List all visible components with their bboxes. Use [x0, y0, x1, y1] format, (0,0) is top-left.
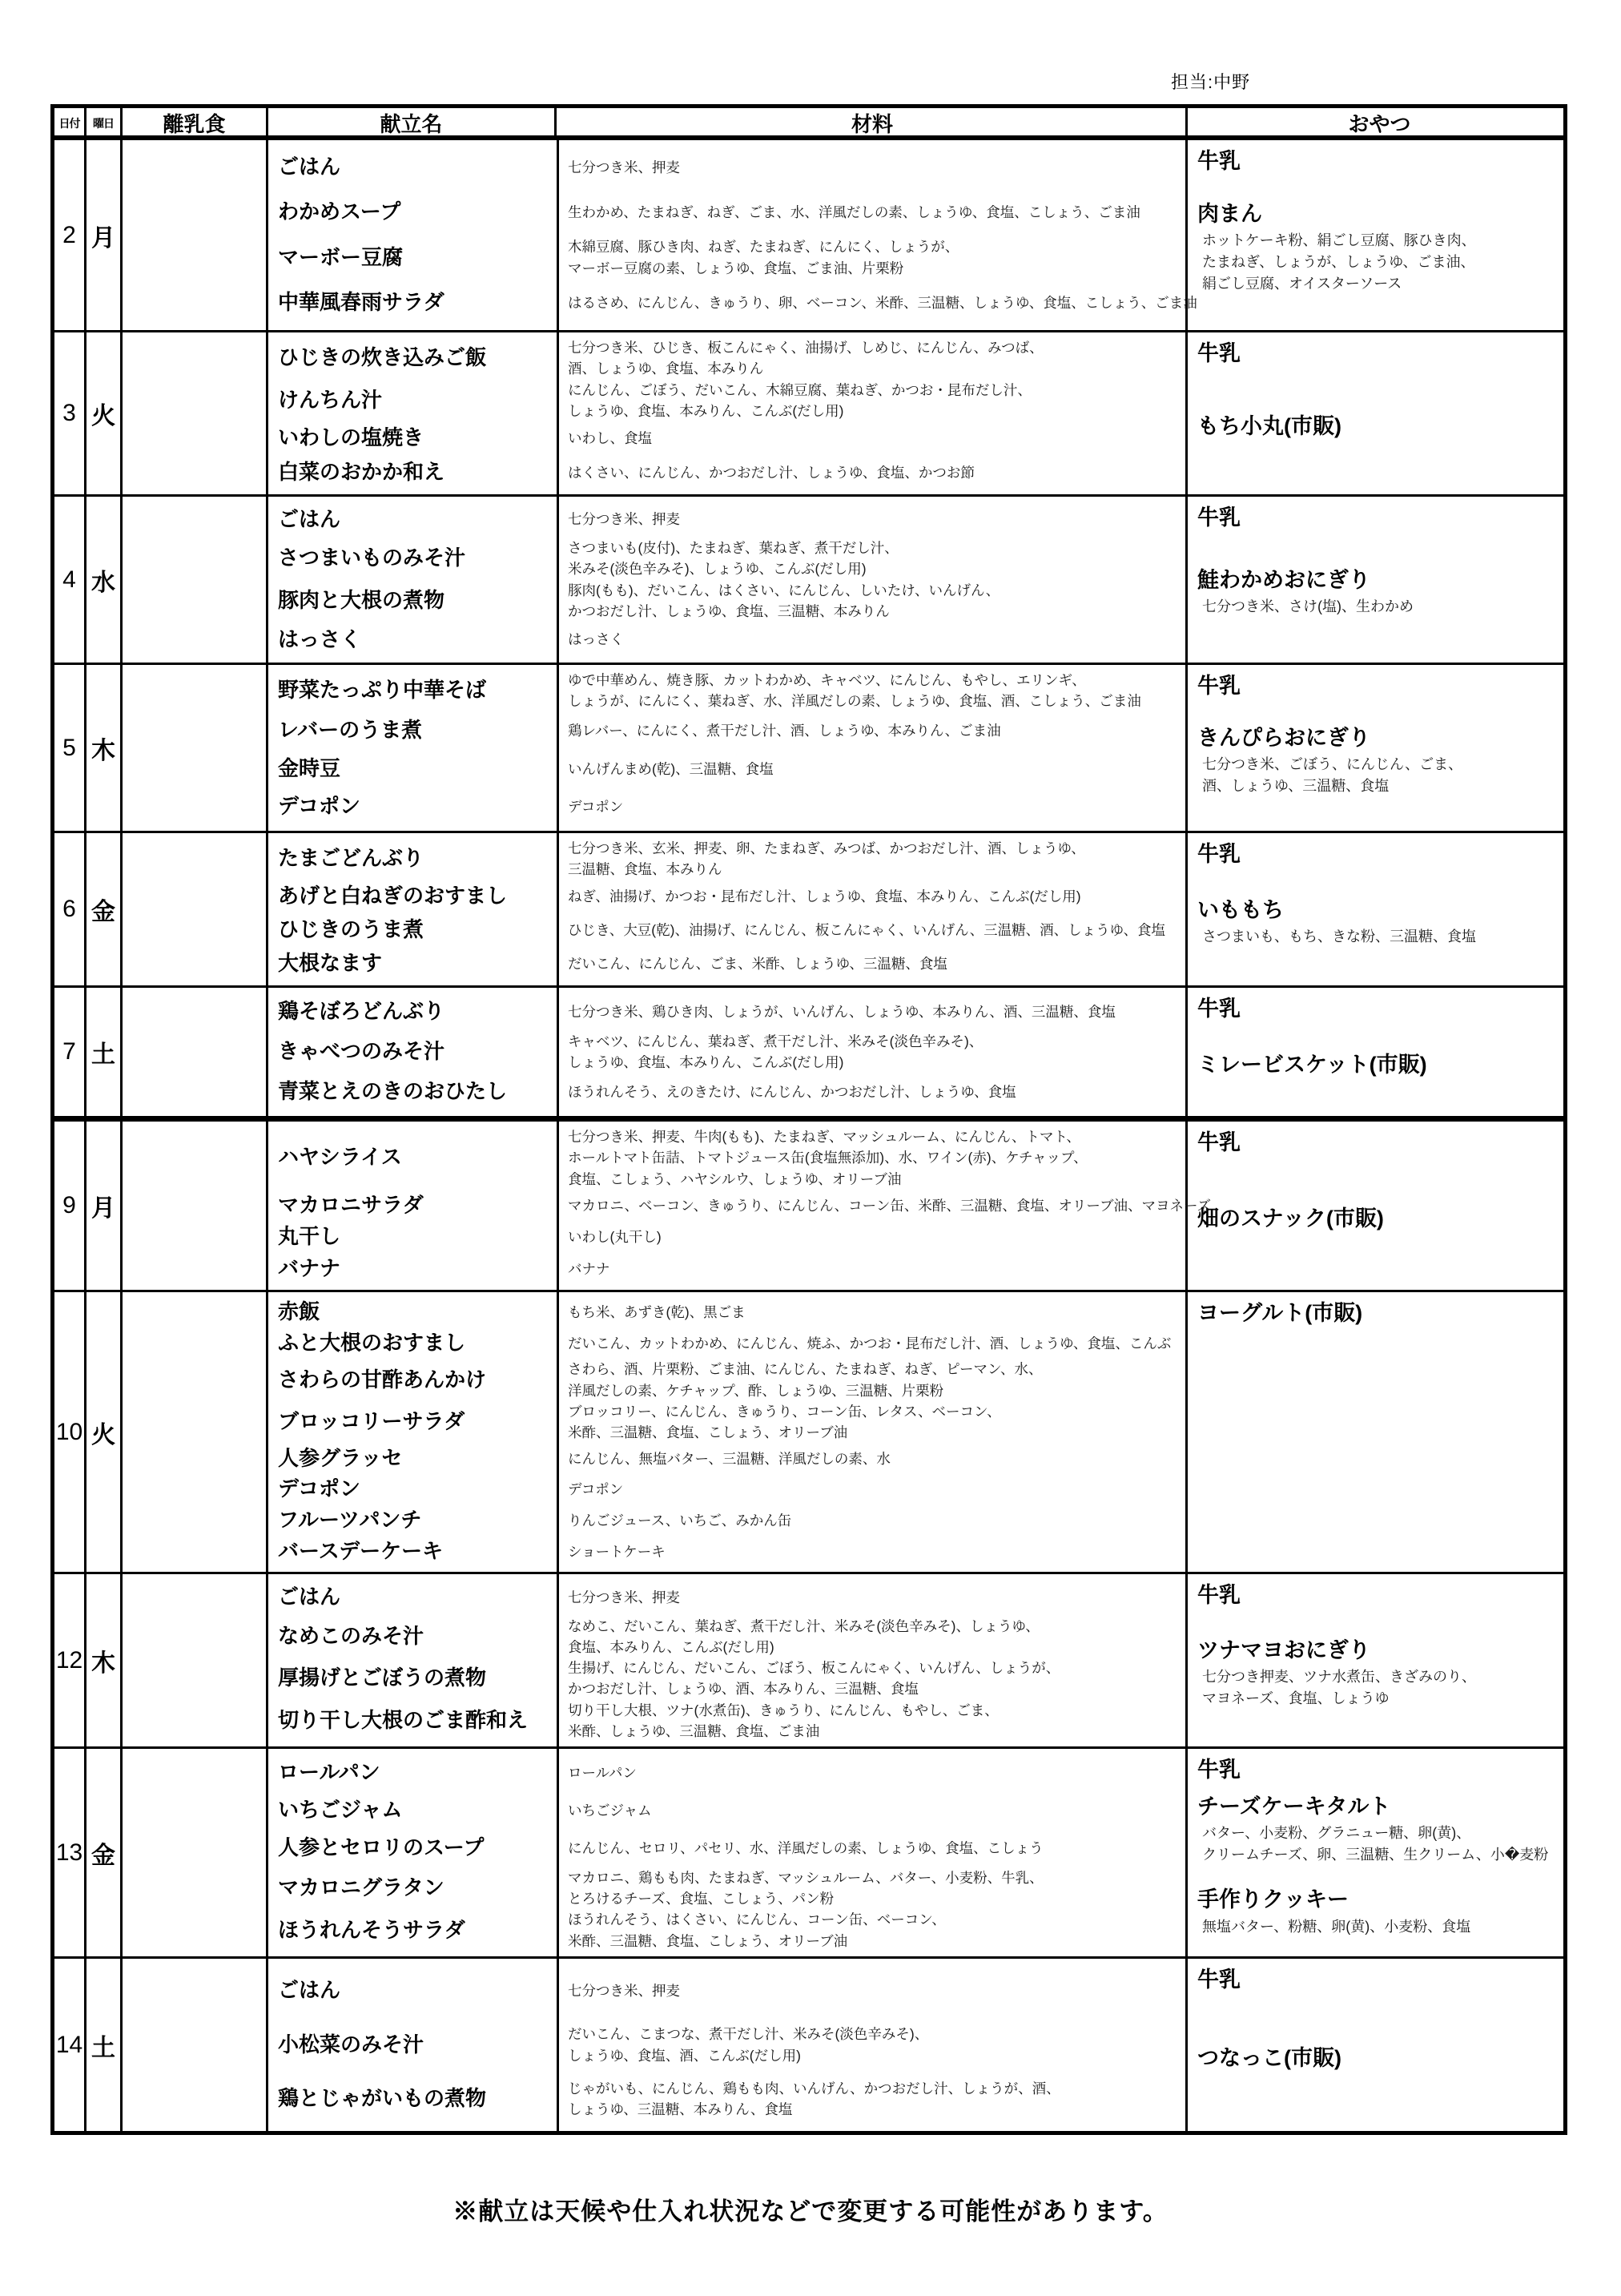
- table-header-row: 日付 曜日 離乳食 献立名 材料 おやつ: [54, 108, 1563, 140]
- snack-name: 牛乳: [1197, 340, 1562, 366]
- snack-group: 牛乳: [1197, 340, 1562, 366]
- ingredient-line: いわし(丸干し): [568, 1227, 1185, 1247]
- footnote: ※献立は天候や仕入れ状況などで変更する可能性があります。: [0, 2191, 1621, 2227]
- menu-ingredients-cell: 野菜たっぷり中華そばゆで中華めん、焼き豚、カットわかめ、キャベツ、にんじん、もや…: [268, 665, 1188, 831]
- snack-group: チーズケーキタルトバター、小麦粉、グラニュー糖、卵(黄)、クリームチーズ、卵、三…: [1197, 1794, 1562, 1866]
- header-menu-ingredients: 献立名 材料: [268, 108, 1188, 138]
- dish-row: ごはん七分つき米、押麦: [268, 501, 1185, 538]
- ingredient-line: 七分つき米、押麦: [568, 509, 1185, 530]
- ingredient-line: にんじん、ごぼう、だいこん、木綿豆腐、葉ねぎ、かつお・昆布だし汁、: [568, 380, 1185, 401]
- menu-sheet: 担当:中野 日付 曜日 離乳食 献立名 材料 おやつ 2月ごはん七分つき米、押麦…: [0, 0, 1621, 2296]
- dish-row: あげと白ねぎのおすましねぎ、油揚げ、かつお・昆布だし汁、しょうゆ、食塩、本みりん…: [268, 880, 1185, 914]
- column-divider: [557, 140, 559, 330]
- dish-row: ひじきのうま煮ひじき、大豆(乾)、油揚げ、にんじん、板こんにゃく、いんげん、三温…: [268, 913, 1185, 947]
- dish-ingredients: 切り干し大根、ツナ(水煮缶)、きゅうり、にんじん、もやし、ごま、米酢、しょうゆ、…: [557, 1700, 1185, 1742]
- snack-ingredient-line: 七分つき米、ごぼう、にんじん、ごま、: [1202, 754, 1562, 775]
- menu-ingredients-cell: ひじきの炊き込みご飯七分つき米、ひじき、板こんにゃく、油揚げ、しめじ、にんじん、…: [268, 332, 1188, 494]
- dish-ingredients: キャベツ、にんじん、葉ねぎ、煮干だし汁、米みそ(淡色辛みそ)、しょうゆ、食塩、本…: [557, 1031, 1185, 1073]
- dish-ingredients: じゃがいも、にんじん、鶏もも肉、いんげん、かつおだし汁、しょうが、酒、しょうゆ、…: [557, 2078, 1185, 2121]
- ingredient-line: さわら、酒、片栗粉、ごま油、にんじん、たまねぎ、ねぎ、ピーマン、水、: [568, 1359, 1185, 1380]
- menu-row: 6金たまごどんぶり七分つき米、玄米、押麦、卵、たまねぎ、みつば、かつおだし汁、酒…: [54, 833, 1563, 988]
- ingredient-line: 七分つき米、押麦: [568, 1980, 1185, 2001]
- column-divider: [557, 1749, 559, 1956]
- snack-ingredients: さつまいも、もち、きな粉、三温糖、食塩: [1197, 926, 1562, 948]
- date-cell: 13: [54, 1749, 86, 1956]
- snack-name: 牛乳: [1197, 996, 1562, 1021]
- dish-name: 大根なます: [268, 952, 557, 976]
- ingredient-line: 七分つき米、押麦、牛肉(もも)、たまねぎ、マッシュルーム、にんじん、トマト、: [568, 1126, 1185, 1147]
- ingredient-line: 切り干し大根、ツナ(水煮缶)、きゅうり、にんじん、もやし、ごま、: [568, 1700, 1185, 1721]
- header-snack: おやつ: [1188, 108, 1571, 138]
- ingredient-line: 食塩、本みりん、こんぶ(だし用): [568, 1637, 1185, 1658]
- snack-name: つなっこ(市販): [1197, 2045, 1562, 2071]
- menu-ingredients-cell: 赤飯もち米、あずき(乾)、黒ごまふと大根のおすましだいこん、カットわかめ、にんじ…: [268, 1292, 1188, 1572]
- ingredient-line: ひじき、大豆(乾)、油揚げ、にんじん、板こんにゃく、いんげん、三温糖、酒、しょう…: [568, 920, 1185, 941]
- dish-row: ハヤシライス七分つき米、押麦、牛肉(もも)、たまねぎ、マッシュルーム、にんじん、…: [268, 1126, 1185, 1190]
- dish-ingredients: ほうれんそう、えのきたけ、にんじん、かつおだし汁、しょうゆ、食塩: [557, 1082, 1185, 1102]
- ingredient-line: 七分つき米、玄米、押麦、卵、たまねぎ、みつば、かつおだし汁、酒、しょうゆ、: [568, 838, 1185, 859]
- ingredient-line: デコポン: [568, 796, 1185, 817]
- ingredient-line: デコポン: [568, 1479, 1185, 1500]
- ingredient-line: しょうが、にんにく、葉ねぎ、水、洋風だしの素、しょうゆ、食塩、酒、こしょう、ごま…: [568, 691, 1185, 711]
- dish-name: なめこのみそ汁: [268, 1625, 557, 1649]
- day-cell: 金: [86, 1749, 123, 1956]
- baby-food-cell: [123, 1574, 268, 1746]
- day-cell: 月: [86, 140, 123, 330]
- snack-cell: 牛乳チーズケーキタルトバター、小麦粉、グラニュー糖、卵(黄)、クリームチーズ、卵…: [1188, 1749, 1571, 1956]
- ingredient-line: しょうゆ、三温糖、本みりん、食塩: [568, 2099, 1185, 2120]
- ingredient-line: ブロッコリー、にんじん、きゅうり、コーン缶、レタス、ベーコン、: [568, 1401, 1185, 1422]
- dish-row: 白菜のおかか和えはくさい、にんじん、かつおだし汁、しょうゆ、食塩、かつお節: [268, 456, 1185, 490]
- dish-name: ひじきのうま煮: [268, 918, 557, 942]
- dish-ingredients: ロールパン: [557, 1762, 1185, 1783]
- dish-name: レバーのうま煮: [268, 719, 557, 743]
- menu-row: 12木ごはん七分つき米、押麦なめこのみそ汁なめこ、だいこん、葉ねぎ、煮干だし汁、…: [54, 1574, 1563, 1749]
- dish-row: 豚肉と大根の煮物豚肉(もも)、だいこん、はくさい、にんじん、しいたけ、いんげん、…: [268, 580, 1185, 622]
- dish-ingredients: 七分つき米、押麦: [557, 157, 1185, 178]
- dish-ingredients: 木綿豆腐、豚ひき肉、ねぎ、たまねぎ、にんにく、しょうが、マーボー豆腐の素、しょう…: [557, 236, 1185, 279]
- baby-food-cell: [123, 665, 268, 831]
- snack-ingredient-line: 酒、しょうゆ、三温糖、食塩: [1202, 775, 1562, 797]
- snack-group: つなっこ(市販): [1197, 2045, 1562, 2071]
- ingredient-line: 豚肉(もも)、だいこん、はくさい、にんじん、しいたけ、いんげん、: [568, 580, 1185, 601]
- ingredient-line: 七分つき米、押麦: [568, 157, 1185, 178]
- dish-ingredients: にんじん、無塩バター、三温糖、洋風だしの素、水: [557, 1448, 1185, 1469]
- snack-group: きんぴらおにぎり七分つき米、ごぼう、にんじん、ごま、酒、しょうゆ、三温糖、食塩: [1197, 725, 1562, 797]
- dish-ingredients: はるさめ、にんじん、きゅうり、卵、ベーコン、米酢、三温糖、しょうゆ、食塩、こしょ…: [557, 292, 1197, 313]
- snack-ingredients: ホットケーキ粉、絹ごし豆腐、豚ひき肉、たまねぎ、しょうが、しょうゆ、ごま油、絹ご…: [1197, 230, 1562, 295]
- snack-name: 畑のスナック(市販): [1197, 1206, 1562, 1231]
- date-cell: 3: [54, 332, 86, 494]
- dish-row: いちごジャムいちごジャム: [268, 1791, 1185, 1829]
- snack-group: 畑のスナック(市販): [1197, 1206, 1562, 1231]
- dish-ingredients: 生わかめ、たまねぎ、ねぎ、ごま、水、洋風だしの素、しょうゆ、食塩、こしょう、ごま…: [557, 202, 1185, 223]
- menu-row: 3火ひじきの炊き込みご飯七分つき米、ひじき、板こんにゃく、油揚げ、しめじ、にんじ…: [54, 332, 1563, 497]
- dish-row: ブロッコリーサラダブロッコリー、にんじん、きゅうり、コーン缶、レタス、ベーコン、…: [268, 1401, 1185, 1444]
- snack-name: 牛乳: [1197, 673, 1562, 699]
- snack-ingredients: 七分つき押麦、ツナ水煮缶、きざみのり、マヨネーズ、食塩、しょうゆ: [1197, 1666, 1562, 1710]
- baby-food-cell: [123, 988, 268, 1116]
- dish-name: いわしの塩焼き: [268, 426, 557, 450]
- dish-name: ごはん: [268, 1979, 557, 2003]
- ingredient-line: 生揚げ、にんじん、だいこん、ごぼう、板こんにゃく、いんげん、しょうが、: [568, 1658, 1185, 1678]
- dish-ingredients: ひじき、大豆(乾)、油揚げ、にんじん、板こんにゃく、いんげん、三温糖、酒、しょう…: [557, 920, 1185, 941]
- dish-row: なめこのみそ汁なめこ、だいこん、葉ねぎ、煮干だし汁、米みそ(淡色辛みそ)、しょう…: [268, 1616, 1185, 1658]
- snack-name: ヨーグルト(市販): [1197, 1300, 1562, 1326]
- ingredient-line: はくさい、にんじん、かつおだし汁、しょうゆ、食塩、かつお節: [568, 462, 1185, 483]
- dish-ingredients: デコポン: [557, 796, 1185, 817]
- ingredient-line: 洋風だしの素、ケチャップ、酢、しょうゆ、三温糖、片栗粉: [568, 1380, 1185, 1401]
- ingredient-line: もち米、あずき(乾)、黒ごま: [568, 1302, 1185, 1323]
- dish-row: さわらの甘酢あんかけさわら、酒、片栗粉、ごま油、にんじん、たまねぎ、ねぎ、ピーマ…: [268, 1359, 1185, 1401]
- dish-ingredients: ブロッコリー、にんじん、きゅうり、コーン缶、レタス、ベーコン、米酢、三温糖、食塩…: [557, 1401, 1185, 1444]
- ingredient-line: ほうれんそう、えのきたけ、にんじん、かつおだし汁、しょうゆ、食塩: [568, 1082, 1185, 1102]
- snack-name: 肉まん: [1197, 201, 1562, 227]
- snack-name: チーズケーキタルト: [1197, 1794, 1562, 1819]
- menu-ingredients-cell: ごはん七分つき米、押麦なめこのみそ汁なめこ、だいこん、葉ねぎ、煮干だし汁、米みそ…: [268, 1574, 1188, 1746]
- dish-row: わかめスープ生わかめ、たまねぎ、ねぎ、ごま、水、洋風だしの素、しょうゆ、食塩、こ…: [268, 190, 1185, 235]
- snack-cell: 牛乳つなっこ(市販): [1188, 1959, 1571, 2131]
- dish-name: 白菜のおかか和え: [268, 461, 557, 485]
- baby-food-cell: [123, 1749, 268, 1956]
- menu-ingredients-cell: 鶏そぼろどんぶり七分つき米、鶏ひき肉、しょうが、いんげん、しょうゆ、本みりん、酒…: [268, 988, 1188, 1116]
- snack-cell: 牛乳きんぴらおにぎり七分つき米、ごぼう、にんじん、ごま、酒、しょうゆ、三温糖、食…: [1188, 665, 1571, 831]
- snack-cell: 牛乳肉まんホットケーキ粉、絹ごし豆腐、豚ひき肉、たまねぎ、しょうが、しょうゆ、ご…: [1188, 140, 1571, 330]
- dish-ingredients: いわし、食塩: [557, 428, 1185, 449]
- dish-row: ごはん七分つき米、押麦: [268, 145, 1185, 190]
- dish-ingredients: にんじん、セロリ、パセリ、水、洋風だしの素、しょうゆ、食塩、こしょう: [557, 1838, 1185, 1859]
- ingredient-line: はっさく: [568, 629, 1185, 650]
- menu-row: 13金ロールパンロールパンいちごジャムいちごジャム人参とセロリのスープにんじん、…: [54, 1749, 1563, 1959]
- dish-row: マカロニサラダマカロニ、ベーコン、きゅうり、にんじん、コーン缶、米酢、三温糖、食…: [268, 1190, 1185, 1222]
- ingredient-line: 米酢、三温糖、食塩、こしょう、オリーブ油: [568, 1422, 1185, 1443]
- dish-ingredients: 七分つき米、押麦、牛肉(もも)、たまねぎ、マッシュルーム、にんじん、トマト、ホー…: [557, 1126, 1185, 1190]
- date-cell: 10: [54, 1292, 86, 1572]
- column-divider: [557, 1292, 559, 1572]
- dish-name: 中華風春雨サラダ: [268, 291, 557, 315]
- ingredient-line: 七分つき米、押麦: [568, 1587, 1185, 1608]
- header-date: 日付: [54, 108, 86, 138]
- snack-group: 牛乳: [1197, 996, 1562, 1021]
- dish-ingredients: ほうれんそう、はくさい、にんじん、コーン缶、ベーコン、米酢、三温糖、食塩、こしょ…: [557, 1909, 1185, 1952]
- ingredient-line: りんごジュース、いちご、みかん缶: [568, 1510, 1185, 1531]
- snack-group: 牛乳: [1197, 505, 1562, 530]
- dish-ingredients: 七分つき米、玄米、押麦、卵、たまねぎ、みつば、かつおだし汁、酒、しょうゆ、三温糖…: [557, 838, 1185, 880]
- snack-cell: 牛乳いももちさつまいも、もち、きな粉、三温糖、食塩: [1188, 833, 1571, 985]
- menu-row: 2月ごはん七分つき米、押麦わかめスープ生わかめ、たまねぎ、ねぎ、ごま、水、洋風だ…: [54, 140, 1563, 332]
- snack-cell: ヨーグルト(市販): [1188, 1292, 1571, 1572]
- snack-name: もち小丸(市販): [1197, 413, 1562, 439]
- dish-name: 赤飯: [268, 1300, 557, 1324]
- ingredient-line: じゃがいも、にんじん、鶏もも肉、いんげん、かつおだし汁、しょうが、酒、: [568, 2078, 1185, 2099]
- baby-food-cell: [123, 1292, 268, 1572]
- dish-ingredients: にんじん、ごぼう、だいこん、木綿豆腐、葉ねぎ、かつお・昆布だし汁、しょうゆ、食塩…: [557, 380, 1185, 422]
- dish-name: 鶏そぼろどんぶり: [268, 1000, 557, 1024]
- dish-ingredients: りんごジュース、いちご、みかん缶: [557, 1510, 1185, 1531]
- day-cell: 土: [86, 988, 123, 1116]
- dish-ingredients: だいこん、にんじん、ごま、米酢、しょうゆ、三温糖、食塩: [557, 953, 1185, 974]
- dish-row: きゃべつのみそ汁キャベツ、にんじん、葉ねぎ、煮干だし汁、米みそ(淡色辛みそ)、し…: [268, 1031, 1185, 1073]
- dish-row: 野菜たっぷり中華そばゆで中華めん、焼き豚、カットわかめ、キャベツ、にんじん、もや…: [268, 670, 1185, 712]
- dish-row: デコポンデコポン: [268, 788, 1185, 827]
- snack-group: 牛乳: [1197, 841, 1562, 867]
- dish-name: バースデーケーキ: [268, 1540, 557, 1564]
- baby-food-cell: [123, 1122, 268, 1290]
- dish-name: 青菜とえのきのおひたし: [268, 1080, 557, 1104]
- column-divider: [557, 332, 559, 494]
- dish-row: 人参グラッセにんじん、無塩バター、三温糖、洋風だしの素、水: [268, 1443, 1185, 1474]
- snack-name: 牛乳: [1197, 148, 1562, 174]
- snack-cell: 牛乳ミレービスケット(市販): [1188, 988, 1571, 1116]
- dish-name: きゃべつのみそ汁: [268, 1040, 557, 1064]
- dish-row: ほうれんそうサラダほうれんそう、はくさい、にんじん、コーン缶、ベーコン、米酢、三…: [268, 1909, 1185, 1952]
- ingredient-line: いわし、食塩: [568, 428, 1185, 449]
- ingredient-line: しょうゆ、食塩、酒、こんぶ(だし用): [568, 2045, 1185, 2066]
- header-baby-food: 離乳食: [123, 108, 268, 138]
- dish-row: たまごどんぶり七分つき米、玄米、押麦、卵、たまねぎ、みつば、かつおだし汁、酒、し…: [268, 838, 1185, 880]
- dish-name: 切り干し大根のごま酢和え: [268, 1709, 557, 1733]
- snack-name: ミレービスケット(市販): [1197, 1052, 1562, 1078]
- menu-ingredients-cell: ごはん七分つき米、押麦小松菜のみそ汁だいこん、こまつな、煮干だし汁、米みそ(淡色…: [268, 1959, 1188, 2131]
- dish-name: 丸干し: [268, 1225, 557, 1249]
- dish-row: ふと大根のおすましだいこん、カットわかめ、にんじん、焼ふ、かつお・昆布だし汁、酒…: [268, 1328, 1185, 1359]
- baby-food-cell: [123, 1959, 268, 2131]
- dish-name: 人参とセロリのスープ: [268, 1836, 557, 1860]
- dish-row: いわしの塩焼きいわし、食塩: [268, 421, 1185, 456]
- dish-row: 人参とセロリのスープにんじん、セロリ、パセリ、水、洋風だしの素、しょうゆ、食塩、…: [268, 1830, 1185, 1867]
- ingredient-line: 三温糖、食塩、本みりん: [568, 859, 1185, 880]
- dish-name: ごはん: [268, 155, 557, 179]
- snack-name: 牛乳: [1197, 1582, 1562, 1608]
- dish-name: ごはん: [268, 508, 557, 532]
- ingredient-line: 米酢、しょうゆ、三温糖、食塩、ごま油: [568, 1721, 1185, 1742]
- baby-food-cell: [123, 497, 268, 663]
- ingredient-line: なめこ、だいこん、葉ねぎ、煮干だし汁、米みそ(淡色辛みそ)、しょうゆ、: [568, 1616, 1185, 1637]
- snack-ingredient-line: 七分つき押麦、ツナ水煮缶、きざみのり、: [1202, 1666, 1562, 1688]
- dish-row: マカロニグラタンマカロニ、鶏もも肉、たまねぎ、マッシュルーム、バター、小麦粉、牛…: [268, 1867, 1185, 1910]
- dish-name: わかめスープ: [268, 200, 557, 224]
- snack-ingredients: 七分つき米、さけ(塩)、生わかめ: [1197, 596, 1562, 618]
- dish-row: 鶏そぼろどんぶり七分つき米、鶏ひき肉、しょうが、いんげん、しょうゆ、本みりん、酒…: [268, 993, 1185, 1031]
- dish-name: ごはん: [268, 1585, 557, 1609]
- day-cell: 木: [86, 1574, 123, 1746]
- date-cell: 2: [54, 140, 86, 330]
- ingredient-line: 七分つき米、ひじき、板こんにゃく、油揚げ、しめじ、にんじん、みつば、: [568, 337, 1185, 358]
- dish-name: 豚肉と大根の煮物: [268, 589, 557, 613]
- snack-ingredient-line: たまねぎ、しょうが、しょうゆ、ごま油、: [1202, 252, 1562, 273]
- dish-ingredients: ねぎ、油揚げ、かつお・昆布だし汁、しょうゆ、食塩、本みりん、こんぶ(だし用): [557, 886, 1185, 907]
- dish-name: デコポン: [268, 795, 557, 819]
- dish-ingredients: ショートケーキ: [557, 1541, 1185, 1562]
- column-divider: [557, 1959, 559, 2131]
- ingredient-line: ロールパン: [568, 1762, 1185, 1783]
- menu-ingredients-cell: ごはん七分つき米、押麦わかめスープ生わかめ、たまねぎ、ねぎ、ごま、水、洋風だしの…: [268, 140, 1188, 330]
- snack-group: 牛乳: [1197, 673, 1562, 699]
- snack-group: 鮭わかめおにぎり七分つき米、さけ(塩)、生わかめ: [1197, 567, 1562, 618]
- dish-name: 人参グラッセ: [268, 1447, 557, 1471]
- dish-ingredients: さつまいも(皮付)、たまねぎ、葉ねぎ、煮干だし汁、米みそ(淡色辛みそ)、しょうゆ…: [557, 538, 1185, 580]
- column-divider: [557, 1574, 559, 1746]
- dish-name: あげと白ねぎのおすまし: [268, 884, 557, 908]
- snack-cell: 牛乳ツナマヨおにぎり七分つき押麦、ツナ水煮缶、きざみのり、マヨネーズ、食塩、しょ…: [1188, 1574, 1571, 1746]
- ingredient-line: ホールトマト缶詰、トマトジュース缶(食塩無添加)、水、ワイン(赤)、ケチャップ、: [568, 1147, 1185, 1168]
- dish-row: ひじきの炊き込みご飯七分つき米、ひじき、板こんにゃく、油揚げ、しめじ、にんじん、…: [268, 337, 1185, 380]
- dish-name: フルーツパンチ: [268, 1509, 557, 1533]
- ingredient-line: だいこん、カットわかめ、にんじん、焼ふ、かつお・昆布だし汁、酒、しょうゆ、食塩、…: [568, 1333, 1185, 1354]
- dish-ingredients: いんげんまめ(乾)、三温糖、食塩: [557, 759, 1185, 779]
- snack-cell: 牛乳もち小丸(市販): [1188, 332, 1571, 494]
- dish-name: ロールパン: [268, 1761, 557, 1785]
- snack-name: 牛乳: [1197, 1967, 1562, 1992]
- dish-ingredients: なめこ、だいこん、葉ねぎ、煮干だし汁、米みそ(淡色辛みそ)、しょうゆ、食塩、本み…: [557, 1616, 1185, 1658]
- snack-group: 牛乳: [1197, 1757, 1562, 1782]
- snack-cell: 牛乳鮭わかめおにぎり七分つき米、さけ(塩)、生わかめ: [1188, 497, 1571, 663]
- dish-ingredients: もち米、あずき(乾)、黒ごま: [557, 1302, 1185, 1323]
- ingredient-line: しょうゆ、食塩、本みりん、こんぶ(だし用): [568, 1052, 1185, 1073]
- snack-name: ツナマヨおにぎり: [1197, 1637, 1562, 1663]
- dish-name: ひじきの炊き込みご飯: [268, 346, 557, 370]
- day-cell: 火: [86, 1292, 123, 1572]
- day-cell: 火: [86, 332, 123, 494]
- baby-food-cell: [123, 332, 268, 494]
- header-ingredients: 材料: [557, 108, 1188, 138]
- ingredient-line: とろけるチーズ、食塩、こしょう、パン粉: [568, 1888, 1185, 1909]
- dish-name: マカロニサラダ: [268, 1194, 557, 1218]
- snack-group: 牛乳: [1197, 148, 1562, 174]
- snack-ingredient-line: 七分つき米、さけ(塩)、生わかめ: [1202, 596, 1562, 618]
- ingredient-line: だいこん、にんじん、ごま、米酢、しょうゆ、三温糖、食塩: [568, 953, 1185, 974]
- dish-ingredients: 豚肉(もも)、だいこん、はくさい、にんじん、しいたけ、いんげん、かつおだし汁、し…: [557, 580, 1185, 622]
- date-cell: 6: [54, 833, 86, 985]
- ingredient-line: 酒、しょうゆ、食塩、本みりん: [568, 358, 1185, 379]
- dish-ingredients: だいこん、こまつな、煮干だし汁、米みそ(淡色辛みそ)、しょうゆ、食塩、酒、こんぶ…: [557, 2024, 1185, 2066]
- snack-name: 鮭わかめおにぎり: [1197, 567, 1562, 593]
- dish-name: 金時豆: [268, 757, 557, 781]
- dish-name: はっさく: [268, 628, 557, 652]
- snack-group: 牛乳: [1197, 1130, 1562, 1155]
- dish-row: マーボー豆腐木綿豆腐、豚ひき肉、ねぎ、たまねぎ、にんにく、しょうが、マーボー豆腐…: [268, 236, 1185, 280]
- snack-group: ミレービスケット(市販): [1197, 1052, 1562, 1078]
- ingredient-line: 七分つき米、鶏ひき肉、しょうが、いんげん、しょうゆ、本みりん、酒、三温糖、食塩: [568, 1001, 1185, 1022]
- snack-name: きんぴらおにぎり: [1197, 725, 1562, 751]
- ingredient-line: ほうれんそう、はくさい、にんじん、コーン缶、ベーコン、: [568, 1909, 1185, 1930]
- dish-ingredients: はっさく: [557, 629, 1185, 650]
- dish-row: バースデーケーキショートケーキ: [268, 1536, 1185, 1567]
- snack-group: ツナマヨおにぎり七分つき押麦、ツナ水煮缶、きざみのり、マヨネーズ、食塩、しょうゆ: [1197, 1637, 1562, 1710]
- dish-ingredients: バナナ: [557, 1259, 1185, 1279]
- baby-food-cell: [123, 833, 268, 985]
- dish-ingredients: だいこん、カットわかめ、にんじん、焼ふ、かつお・昆布だし汁、酒、しょうゆ、食塩、…: [557, 1333, 1185, 1354]
- dish-ingredients: 生揚げ、にんじん、だいこん、ごぼう、板こんにゃく、いんげん、しょうが、かつおだし…: [557, 1658, 1185, 1700]
- date-cell: 12: [54, 1574, 86, 1746]
- dish-name: けんちん汁: [268, 389, 557, 413]
- day-cell: 金: [86, 833, 123, 985]
- dish-row: ロールパンロールパン: [268, 1754, 1185, 1791]
- dish-ingredients: 鶏レバー、にんにく、煮干だし汁、酒、しょうゆ、本みりん、ごま油: [557, 720, 1185, 741]
- ingredient-line: マカロニ、鶏もも肉、たまねぎ、マッシュルーム、バター、小麦粉、牛乳、: [568, 1867, 1185, 1888]
- ingredient-line: キャベツ、にんじん、葉ねぎ、煮干だし汁、米みそ(淡色辛みそ)、: [568, 1031, 1185, 1052]
- day-cell: 木: [86, 665, 123, 831]
- menu-row: 9月ハヤシライス七分つき米、押麦、牛肉(もも)、たまねぎ、マッシュルーム、にんじ…: [54, 1122, 1563, 1292]
- snack-group: 手作りクッキー無塩バター、粉糖、卵(黄)、小麦粉、食塩: [1197, 1887, 1562, 1937]
- dish-row: 大根なますだいこん、にんじん、ごま、米酢、しょうゆ、三温糖、食塩: [268, 947, 1185, 981]
- snack-ingredient-line: ホットケーキ粉、絹ごし豆腐、豚ひき肉、: [1202, 230, 1562, 252]
- ingredient-line: ショートケーキ: [568, 1541, 1185, 1562]
- column-divider: [557, 497, 559, 663]
- ingredient-line: 米酢、三温糖、食塩、こしょう、オリーブ油: [568, 1931, 1185, 1952]
- dish-ingredients: 七分つき米、押麦: [557, 509, 1185, 530]
- snack-group: いももちさつまいも、もち、きな粉、三温糖、食塩: [1197, 897, 1562, 948]
- snack-cell: 牛乳畑のスナック(市販): [1188, 1122, 1571, 1290]
- date-cell: 7: [54, 988, 86, 1116]
- dish-ingredients: マカロニ、鶏もも肉、たまねぎ、マッシュルーム、バター、小麦粉、牛乳、とろけるチー…: [557, 1867, 1185, 1910]
- ingredient-line: 食塩、こしょう、ハヤシルウ、しょうゆ、オリーブ油: [568, 1169, 1185, 1190]
- dish-row: 赤飯もち米、あずき(乾)、黒ごま: [268, 1297, 1185, 1328]
- snack-name: 手作りクッキー: [1197, 1887, 1562, 1912]
- dish-row: 厚揚げとごぼうの煮物生揚げ、にんじん、だいこん、ごぼう、板こんにゃく、いんげん、…: [268, 1658, 1185, 1700]
- day-cell: 水: [86, 497, 123, 663]
- menu-row: 5木野菜たっぷり中華そばゆで中華めん、焼き豚、カットわかめ、キャベツ、にんじん、…: [54, 665, 1563, 833]
- dish-row: 青菜とえのきのおひたしほうれんそう、えのきたけ、にんじん、かつおだし汁、しょうゆ…: [268, 1073, 1185, 1111]
- date-cell: 4: [54, 497, 86, 663]
- dish-ingredients: ゆで中華めん、焼き豚、カットわかめ、キャベツ、にんじん、もやし、エリンギ、しょう…: [557, 670, 1185, 712]
- snack-ingredient-line: 無塩バター、粉糖、卵(黄)、小麦粉、食塩: [1202, 1916, 1562, 1938]
- dish-ingredients: 七分つき米、押麦: [557, 1587, 1185, 1608]
- date-cell: 9: [54, 1122, 86, 1290]
- ingredient-line: さつまいも(皮付)、たまねぎ、葉ねぎ、煮干だし汁、: [568, 538, 1185, 558]
- date-cell: 5: [54, 665, 86, 831]
- snack-ingredient-line: 絹ごし豆腐、オイスターソース: [1202, 273, 1562, 295]
- snack-name: 牛乳: [1197, 1130, 1562, 1155]
- ingredient-line: かつおだし汁、しょうゆ、食塩、三温糖、本みりん: [568, 601, 1185, 622]
- dish-name: バナナ: [268, 1257, 557, 1281]
- dish-row: はっさくはっさく: [268, 622, 1185, 658]
- ingredient-line: マカロニ、ベーコン、きゅうり、にんじん、コーン缶、米酢、三温糖、食塩、オリーブ油…: [568, 1195, 1211, 1216]
- dish-row: バナナバナナ: [268, 1253, 1185, 1285]
- ingredient-line: にんじん、無塩バター、三温糖、洋風だしの素、水: [568, 1448, 1185, 1469]
- ingredient-line: 生わかめ、たまねぎ、ねぎ、ごま、水、洋風だしの素、しょうゆ、食塩、こしょう、ごま…: [568, 202, 1185, 223]
- menu-ingredients-cell: ハヤシライス七分つき米、押麦、牛肉(もも)、たまねぎ、マッシュルーム、にんじん、…: [268, 1122, 1188, 1290]
- dish-ingredients: マカロニ、ベーコン、きゅうり、にんじん、コーン缶、米酢、三温糖、食塩、オリーブ油…: [557, 1195, 1211, 1216]
- dish-name: 鶏とじゃがいもの煮物: [268, 2087, 557, 2111]
- menu-row: 4水ごはん七分つき米、押麦さつまいものみそ汁さつまいも(皮付)、たまねぎ、葉ねぎ…: [54, 497, 1563, 665]
- dish-ingredients: 七分つき米、鶏ひき肉、しょうが、いんげん、しょうゆ、本みりん、酒、三温糖、食塩: [557, 1001, 1185, 1022]
- dish-name: さわらの甘酢あんかけ: [268, 1368, 557, 1392]
- ingredient-line: かつおだし汁、しょうゆ、酒、本みりん、三温糖、食塩: [568, 1678, 1185, 1699]
- dish-name: たまごどんぶり: [268, 847, 557, 871]
- ingredient-line: 米みそ(淡色辛みそ)、しょうゆ、こんぶ(だし用): [568, 558, 1185, 579]
- dish-row: 中華風春雨サラダはるさめ、にんじん、きゅうり、卵、ベーコン、米酢、三温糖、しょう…: [268, 280, 1185, 325]
- menu-ingredients-cell: ごはん七分つき米、押麦さつまいものみそ汁さつまいも(皮付)、たまねぎ、葉ねぎ、煮…: [268, 497, 1188, 663]
- dish-ingredients: 七分つき米、押麦: [557, 1980, 1185, 2001]
- dish-row: フルーツパンチりんごジュース、いちご、みかん缶: [268, 1505, 1185, 1537]
- snack-name: 牛乳: [1197, 841, 1562, 867]
- menu-row: 7土鶏そぼろどんぶり七分つき米、鶏ひき肉、しょうが、いんげん、しょうゆ、本みりん…: [54, 988, 1563, 1122]
- dish-ingredients: 七分つき米、ひじき、板こんにゃく、油揚げ、しめじ、にんじん、みつば、酒、しょうゆ…: [557, 337, 1185, 380]
- dish-ingredients: デコポン: [557, 1479, 1185, 1500]
- ingredient-line: しょうゆ、食塩、本みりん、こんぶ(だし用): [568, 401, 1185, 421]
- dish-row: 鶏とじゃがいもの煮物じゃがいも、にんじん、鶏もも肉、いんげん、かつおだし汁、しょ…: [268, 2072, 1185, 2126]
- dish-name: いちごジャム: [268, 1799, 557, 1823]
- ingredient-line: いんげんまめ(乾)、三温糖、食塩: [568, 759, 1185, 779]
- ingredient-line: マーボー豆腐の素、しょうゆ、食塩、ごま油、片栗粉: [568, 258, 1185, 279]
- dish-name: 野菜たっぷり中華そば: [268, 679, 557, 703]
- ingredient-line: バナナ: [568, 1259, 1185, 1279]
- dish-ingredients: いわし(丸干し): [557, 1227, 1185, 1247]
- date-cell: 14: [54, 1959, 86, 2131]
- dish-row: ごはん七分つき米、押麦: [268, 1579, 1185, 1616]
- snack-group: ヨーグルト(市販): [1197, 1300, 1562, 1326]
